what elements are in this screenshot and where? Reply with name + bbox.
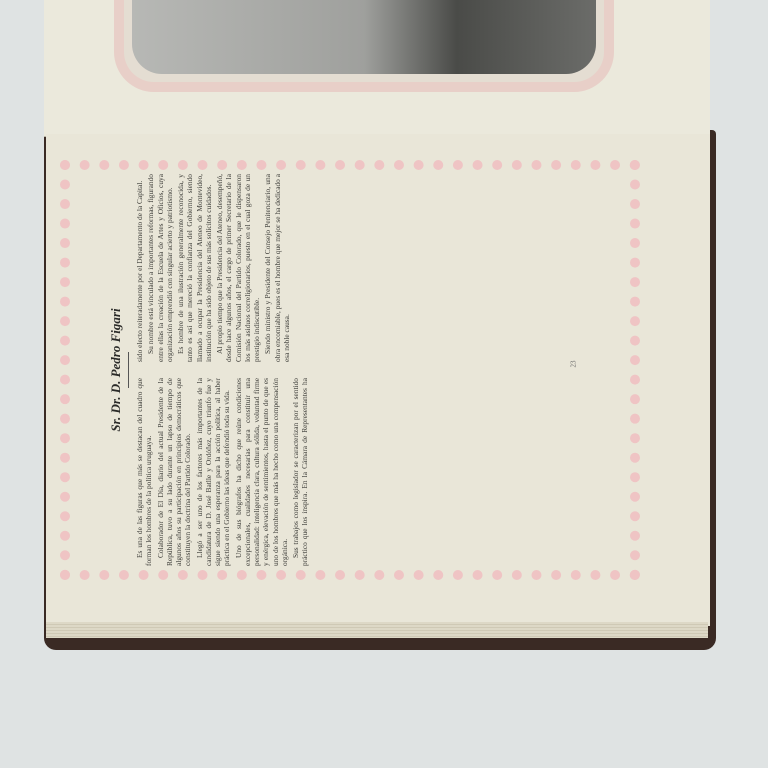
paragraph: Es una de las figuras que más se destaca… [135,378,154,566]
paragraph: Al propio tiempo que la Presidencia del … [215,174,261,362]
ornamental-portrait-frame [114,0,614,92]
paragraph: Es hombre de una ilustración generalment… [176,174,213,362]
facing-page-portrait [44,0,710,137]
paragraph: Siendo ministro y Presidente del Consejo… [263,174,291,362]
page-number: 23 [570,361,578,368]
page-content: Sr. Dr. D. Pedro Figari Es una de las fi… [96,168,592,572]
paragraph: Uno de sus biógrafos ha dicho que reúne … [234,378,290,566]
paragraph: Colaborador de El Día, diario del actual… [156,378,193,566]
paragraph: Su nombre está vinculado a importantes r… [146,174,174,362]
article-body: Es una de las figuras que más se destaca… [135,174,310,566]
portrait-photograph [132,0,596,74]
title-rule [128,352,129,388]
page-edges [46,622,708,638]
paragraph: Llegó a ser uno de los factores más impo… [195,378,232,566]
article-title: Sr. Dr. D. Pedro Figari [108,308,124,431]
